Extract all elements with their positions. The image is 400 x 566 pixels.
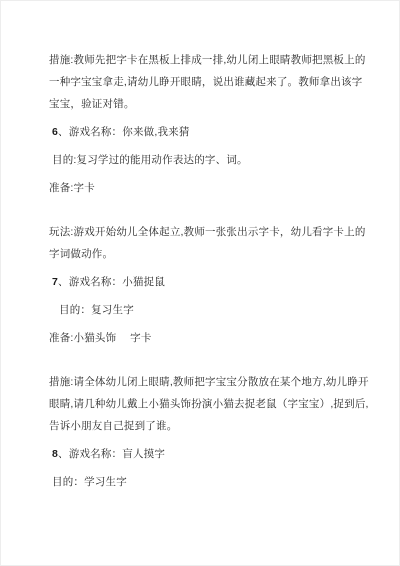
line-game8-goal: 目的：学习生字 (49, 471, 371, 493)
heading-game-7: 7、游戏名称：小猫捉鼠 (49, 271, 371, 293)
heading-game-7-title: 、游戏名称：小猫捉鼠 (58, 276, 165, 288)
line-game6-materials: 准备:字卡 (49, 177, 371, 199)
heading-game-6-title: 、游戏名称：你来做,我来猜 (58, 126, 190, 138)
line-game6-goal: 目的:复习学过的能用动作表达的字、词。 (49, 149, 371, 171)
line-game7-goal: 目的：复习生字 (49, 299, 371, 321)
document-page: 措施:教师先把字卡在黑板上排成一排,幼儿闭上眼睛教师把黑板上的 一种字宝宝拿走,… (0, 0, 400, 566)
paragraph-game6-how-to-play: 玩法:游戏开始幼儿全体起立,教师一张张出示字卡，幼儿看字卡上的 字词做动作。 (49, 221, 371, 265)
heading-game-6: 6、游戏名称：你来做,我来猜 (49, 121, 371, 143)
line-game7-materials: 准备:小猫头饰 字卡 (49, 327, 371, 349)
heading-game-8: 8、游戏名称：盲人摸字 (49, 443, 371, 465)
heading-game-8-title: 、游戏名称：盲人摸字 (58, 448, 165, 460)
paragraph-game5-method: 措施:教师先把字卡在黑板上排成一排,幼儿闭上眼睛教师把黑板上的 一种字宝宝拿走,… (49, 49, 371, 115)
paragraph-game7-method: 措施:请全体幼儿闭上眼睛,教师把字宝宝分散放在某个地方,幼儿睁开 眼睛,请几种幼… (49, 371, 371, 437)
